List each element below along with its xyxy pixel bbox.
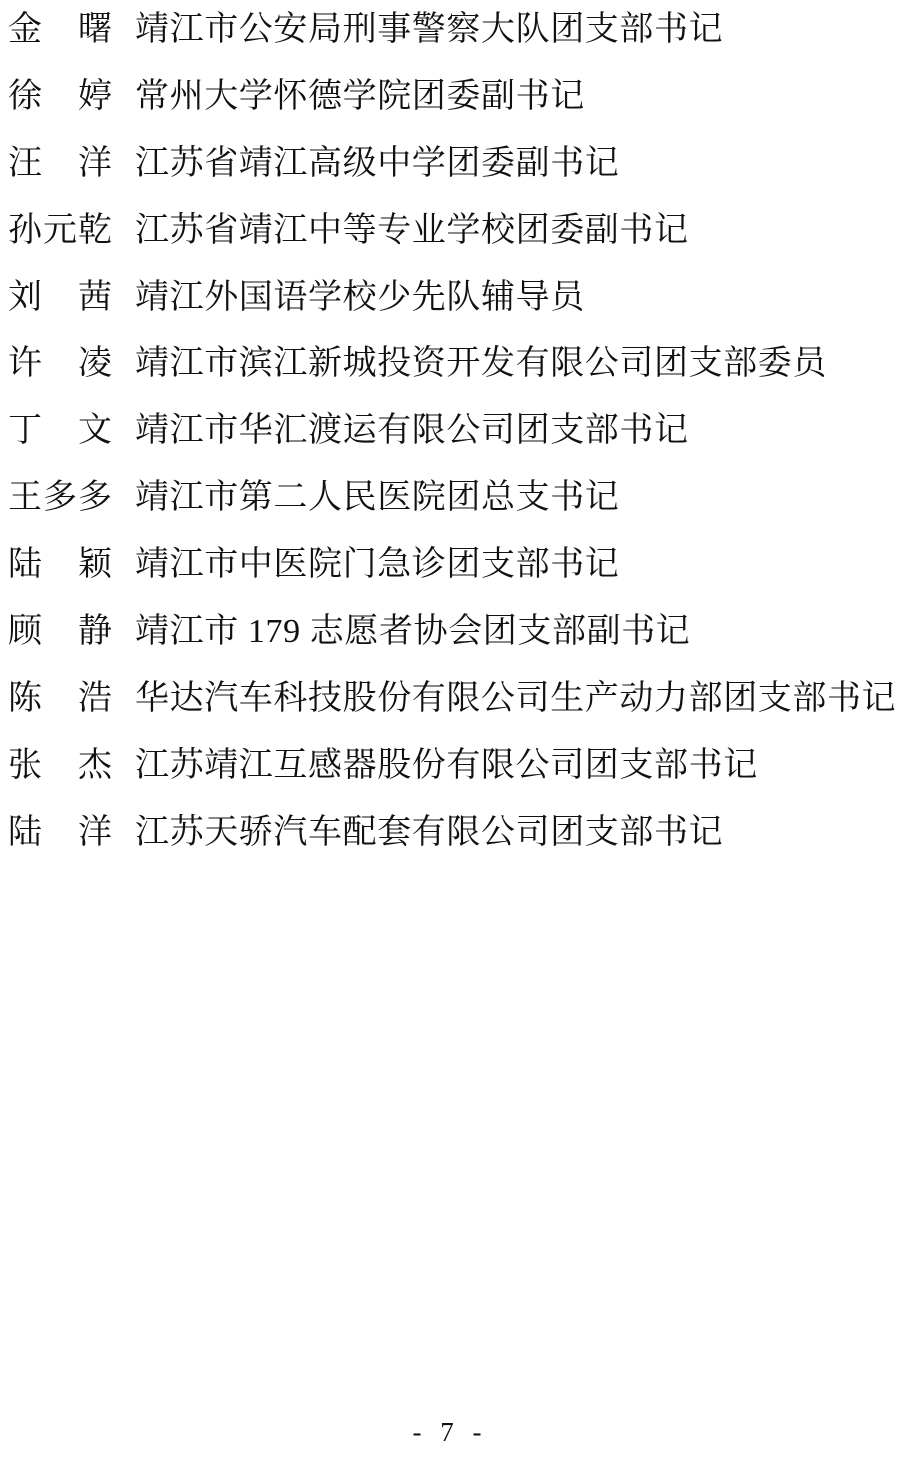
person-name: 徐婷 [8, 77, 112, 117]
roster-entry: 丁文 靖江市华汇渡运有限公司团支部书记 [8, 411, 896, 451]
roster-entry: 陆颖 靖江市中医院门急诊团支部书记 [8, 545, 896, 585]
roster-entry: 刘茜 靖江外国语学校少先队辅导员 [8, 278, 896, 318]
roster-entry: 金曙 靖江市公安局刑事警察大队团支部书记 [8, 10, 896, 50]
person-title: 江苏天骄汽车配套有限公司团支部书记 [135, 813, 723, 853]
person-title: 靖江市公安局刑事警察大队团支部书记 [135, 10, 723, 50]
person-name: 金曙 [8, 10, 112, 50]
person-title: 江苏省靖江中等专业学校团委副书记 [135, 211, 689, 251]
person-name: 汪洋 [8, 144, 112, 184]
person-name: 丁文 [8, 411, 112, 451]
person-name: 陆洋 [8, 813, 112, 853]
roster-entry: 汪洋 江苏省靖江高级中学团委副书记 [8, 144, 896, 184]
roster-list: 金曙 靖江市公安局刑事警察大队团支部书记 徐婷 常州大学怀德学院团委副书记 汪洋… [8, 10, 896, 880]
roster-entry: 许凌 靖江市滨江新城投资开发有限公司团支部委员 [8, 344, 896, 384]
person-name: 王多多 [8, 478, 112, 518]
roster-entry: 陆洋 江苏天骄汽车配套有限公司团支部书记 [8, 813, 896, 853]
person-title: 华达汽车科技股份有限公司生产动力部团支部书记 [135, 679, 896, 719]
page-number: - 7 - [0, 1416, 900, 1448]
person-name: 陈浩 [8, 679, 112, 719]
person-name: 顾静 [8, 612, 112, 652]
person-title: 靖江市中医院门急诊团支部书记 [135, 545, 619, 585]
person-name: 孙元乾 [8, 211, 112, 251]
roster-entry: 陈浩 华达汽车科技股份有限公司生产动力部团支部书记 [8, 679, 896, 719]
roster-entry: 徐婷 常州大学怀德学院团委副书记 [8, 77, 896, 117]
person-name: 许凌 [8, 344, 112, 384]
person-title: 江苏靖江互感器股份有限公司团支部书记 [135, 746, 758, 786]
roster-entry: 孙元乾 江苏省靖江中等专业学校团委副书记 [8, 211, 896, 251]
person-name: 陆颖 [8, 545, 112, 585]
person-title: 江苏省靖江高级中学团委副书记 [135, 144, 619, 184]
document-page: 金曙 靖江市公安局刑事警察大队团支部书记 徐婷 常州大学怀德学院团委副书记 汪洋… [0, 0, 900, 1457]
person-title: 靖江外国语学校少先队辅导员 [135, 278, 585, 318]
roster-entry: 张杰 江苏靖江互感器股份有限公司团支部书记 [8, 746, 896, 786]
person-title: 靖江市第二人民医院团总支书记 [135, 478, 619, 518]
person-name: 张杰 [8, 746, 112, 786]
person-title: 靖江市华汇渡运有限公司团支部书记 [135, 411, 689, 451]
person-title: 靖江市 179 志愿者协会团支部副书记 [135, 612, 690, 652]
roster-entry: 王多多 靖江市第二人民医院团总支书记 [8, 478, 896, 518]
person-title: 常州大学怀德学院团委副书记 [135, 77, 585, 117]
person-title: 靖江市滨江新城投资开发有限公司团支部委员 [135, 344, 827, 384]
roster-entry: 顾静 靖江市 179 志愿者协会团支部副书记 [8, 612, 896, 652]
person-name: 刘茜 [8, 278, 112, 318]
